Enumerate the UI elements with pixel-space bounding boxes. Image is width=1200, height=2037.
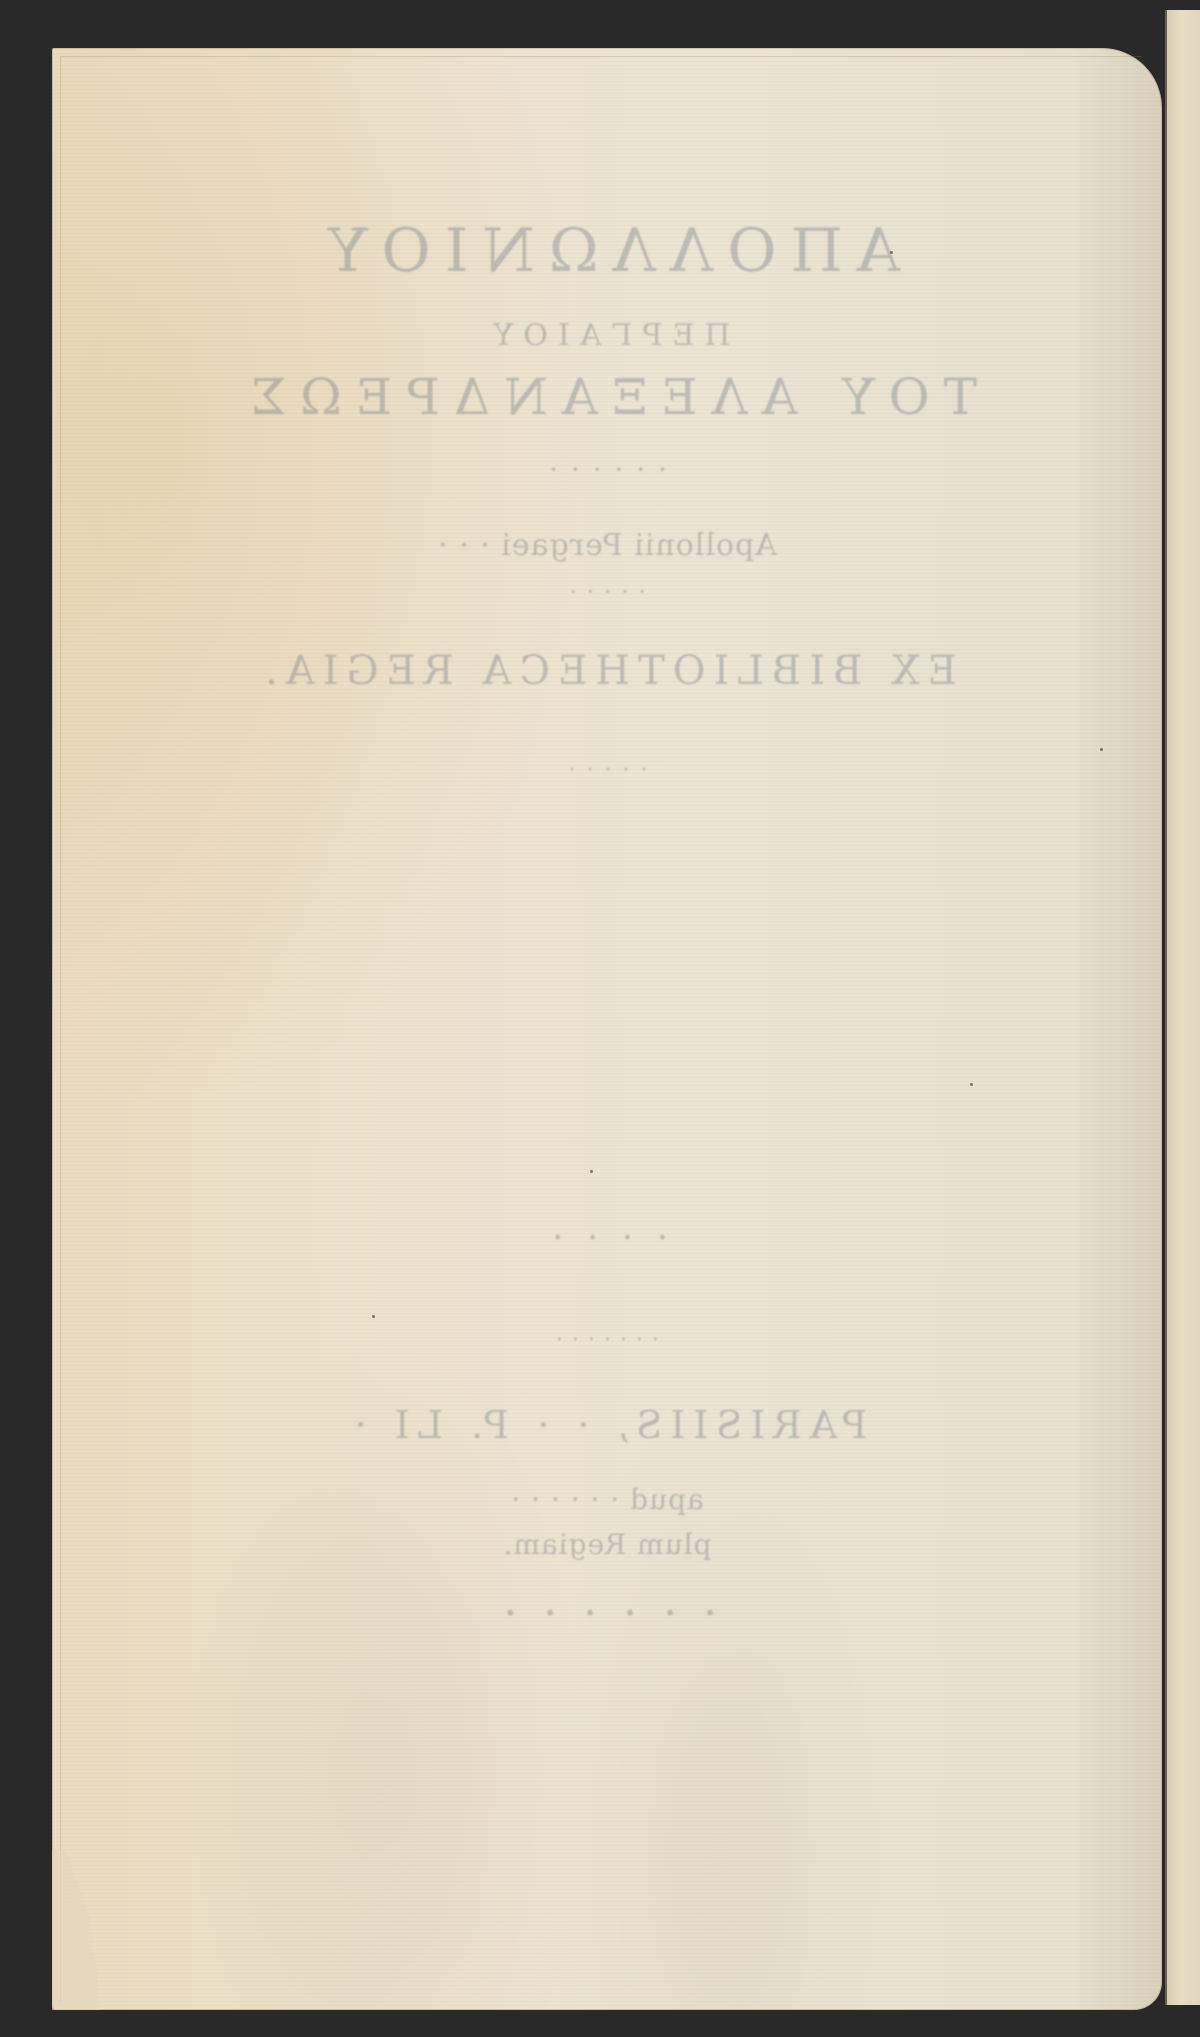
showthrough-line: EX BIBLIOTHECA REGIA. bbox=[52, 648, 1162, 694]
showthrough-line: · · · · · · bbox=[52, 1588, 1162, 1639]
paper-speck bbox=[372, 1315, 375, 1318]
showthrough-line: · · · · · bbox=[52, 578, 1162, 606]
facing-page-edge bbox=[1165, 10, 1200, 2005]
showthrough-line: plum Regiam. bbox=[52, 1528, 1162, 1561]
showthrough-line: ΠΕΡΓΑΙΟΥ bbox=[52, 318, 1162, 353]
showthrough-line: apud · · · · · · bbox=[52, 1483, 1162, 1516]
showthrough-line: · · · · · bbox=[52, 758, 1162, 783]
showthrough-line: PARISIIS, · · P. LI · bbox=[52, 1403, 1162, 1447]
showthrough-line: · · · · · · bbox=[52, 453, 1162, 486]
showthrough-line: · · · · bbox=[52, 1218, 1162, 1259]
showthrough-text: ΑΠΟΛΛΩΝΙΟΥ ΠΕΡΓΑΙΟΥ ΤΟΥ ΑΛΕΞΑΝΔΡΕΩΣ · · … bbox=[52, 48, 1162, 2010]
showthrough-line: ΤΟΥ ΑΛΕΞΑΝΔΡΕΩΣ bbox=[52, 368, 1162, 426]
showthrough-line: · · · · · · · bbox=[52, 1328, 1162, 1353]
scanned-page-image: ΑΠΟΛΛΩΝΙΟΥ ΠΕΡΓΑΙΟΥ ΤΟΥ ΑΛΕΞΑΝΔΡΕΩΣ · · … bbox=[0, 0, 1200, 2037]
paper-speck bbox=[1100, 748, 1103, 751]
showthrough-line: ΑΠΟΛΛΩΝΙΟΥ bbox=[52, 216, 1162, 286]
showthrough-line: Apollonii Pergaei · · · bbox=[52, 528, 1162, 563]
paper-speck bbox=[970, 1083, 973, 1086]
paper-speck bbox=[890, 251, 893, 254]
paper-speck bbox=[590, 1170, 593, 1173]
